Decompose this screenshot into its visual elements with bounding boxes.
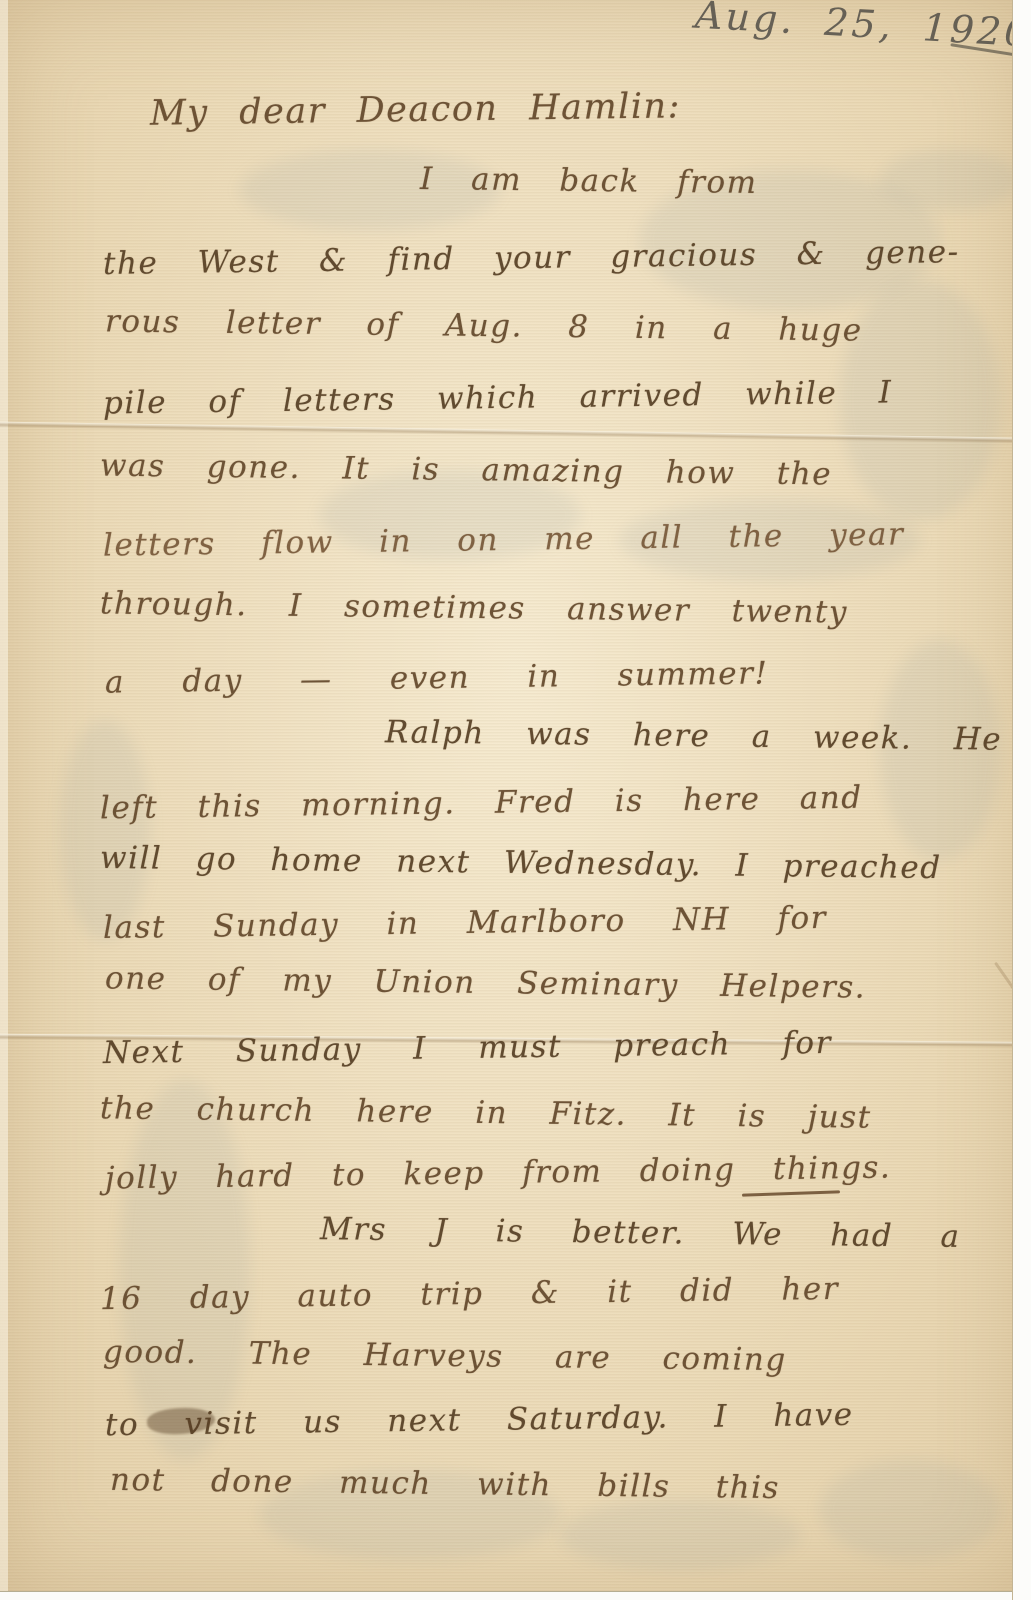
ink-underline xyxy=(742,1190,840,1196)
letter-line: the West & find your gracious & gene- xyxy=(103,234,960,282)
letter-line: Ralph was here a week. He xyxy=(385,714,1003,758)
letter-line: jolly hard to keep from doing things. xyxy=(105,1150,892,1197)
letter-line: one of my Union Seminary Helpers. xyxy=(105,960,867,1005)
letter-line: to visit us next Saturday. I have xyxy=(105,1397,854,1443)
letter-line: pile of letters which arrived while I xyxy=(103,374,893,421)
scan-edge xyxy=(1012,0,1031,1600)
letter-line: 16 day auto trip & it did her xyxy=(100,1271,840,1317)
letter-line: good. The Harveys are coming xyxy=(103,1334,787,1378)
letter-line: I am back from xyxy=(420,161,758,201)
bleed-through xyxy=(60,720,150,940)
paper-edge-highlight xyxy=(0,0,8,1600)
letter-line: a day — even in summer! xyxy=(105,655,769,700)
letter-line: through. I sometimes answer twenty xyxy=(100,585,848,630)
letter-line: last Sunday in Marlboro NH for xyxy=(103,900,827,946)
letter-line: Mrs J is better. We had a xyxy=(320,1211,961,1255)
scan-edge xyxy=(0,1591,1012,1600)
letter-line: Next Sunday I must preach for xyxy=(103,1025,832,1071)
letter-line: rous letter of Aug. 8 in a huge xyxy=(105,303,863,348)
salutation: My dear Deacon Hamlin: xyxy=(150,86,681,133)
letter-line: letters flow in on me all the year xyxy=(103,516,905,563)
letter-line: will go home next Wednesday. I preached xyxy=(100,840,942,886)
bleed-through xyxy=(820,1460,1000,1560)
letter-page: Aug. 25, 1920 My dear Deacon Hamlin: I a… xyxy=(0,0,1031,1600)
letter-date: Aug. 25, 1920 xyxy=(694,0,1031,55)
bleed-through xyxy=(120,1080,250,1460)
letter-line: left this morning. Fred is here and xyxy=(100,780,863,827)
letter-line: not done much with bills this xyxy=(110,1462,780,1506)
fold-crease xyxy=(0,421,1031,444)
letter-line: the church here in Fitz. It is just xyxy=(100,1090,872,1135)
bleed-through xyxy=(880,150,1020,210)
letter-line: was gone. It is amazing how the xyxy=(100,448,832,493)
bleed-through xyxy=(560,1500,800,1570)
